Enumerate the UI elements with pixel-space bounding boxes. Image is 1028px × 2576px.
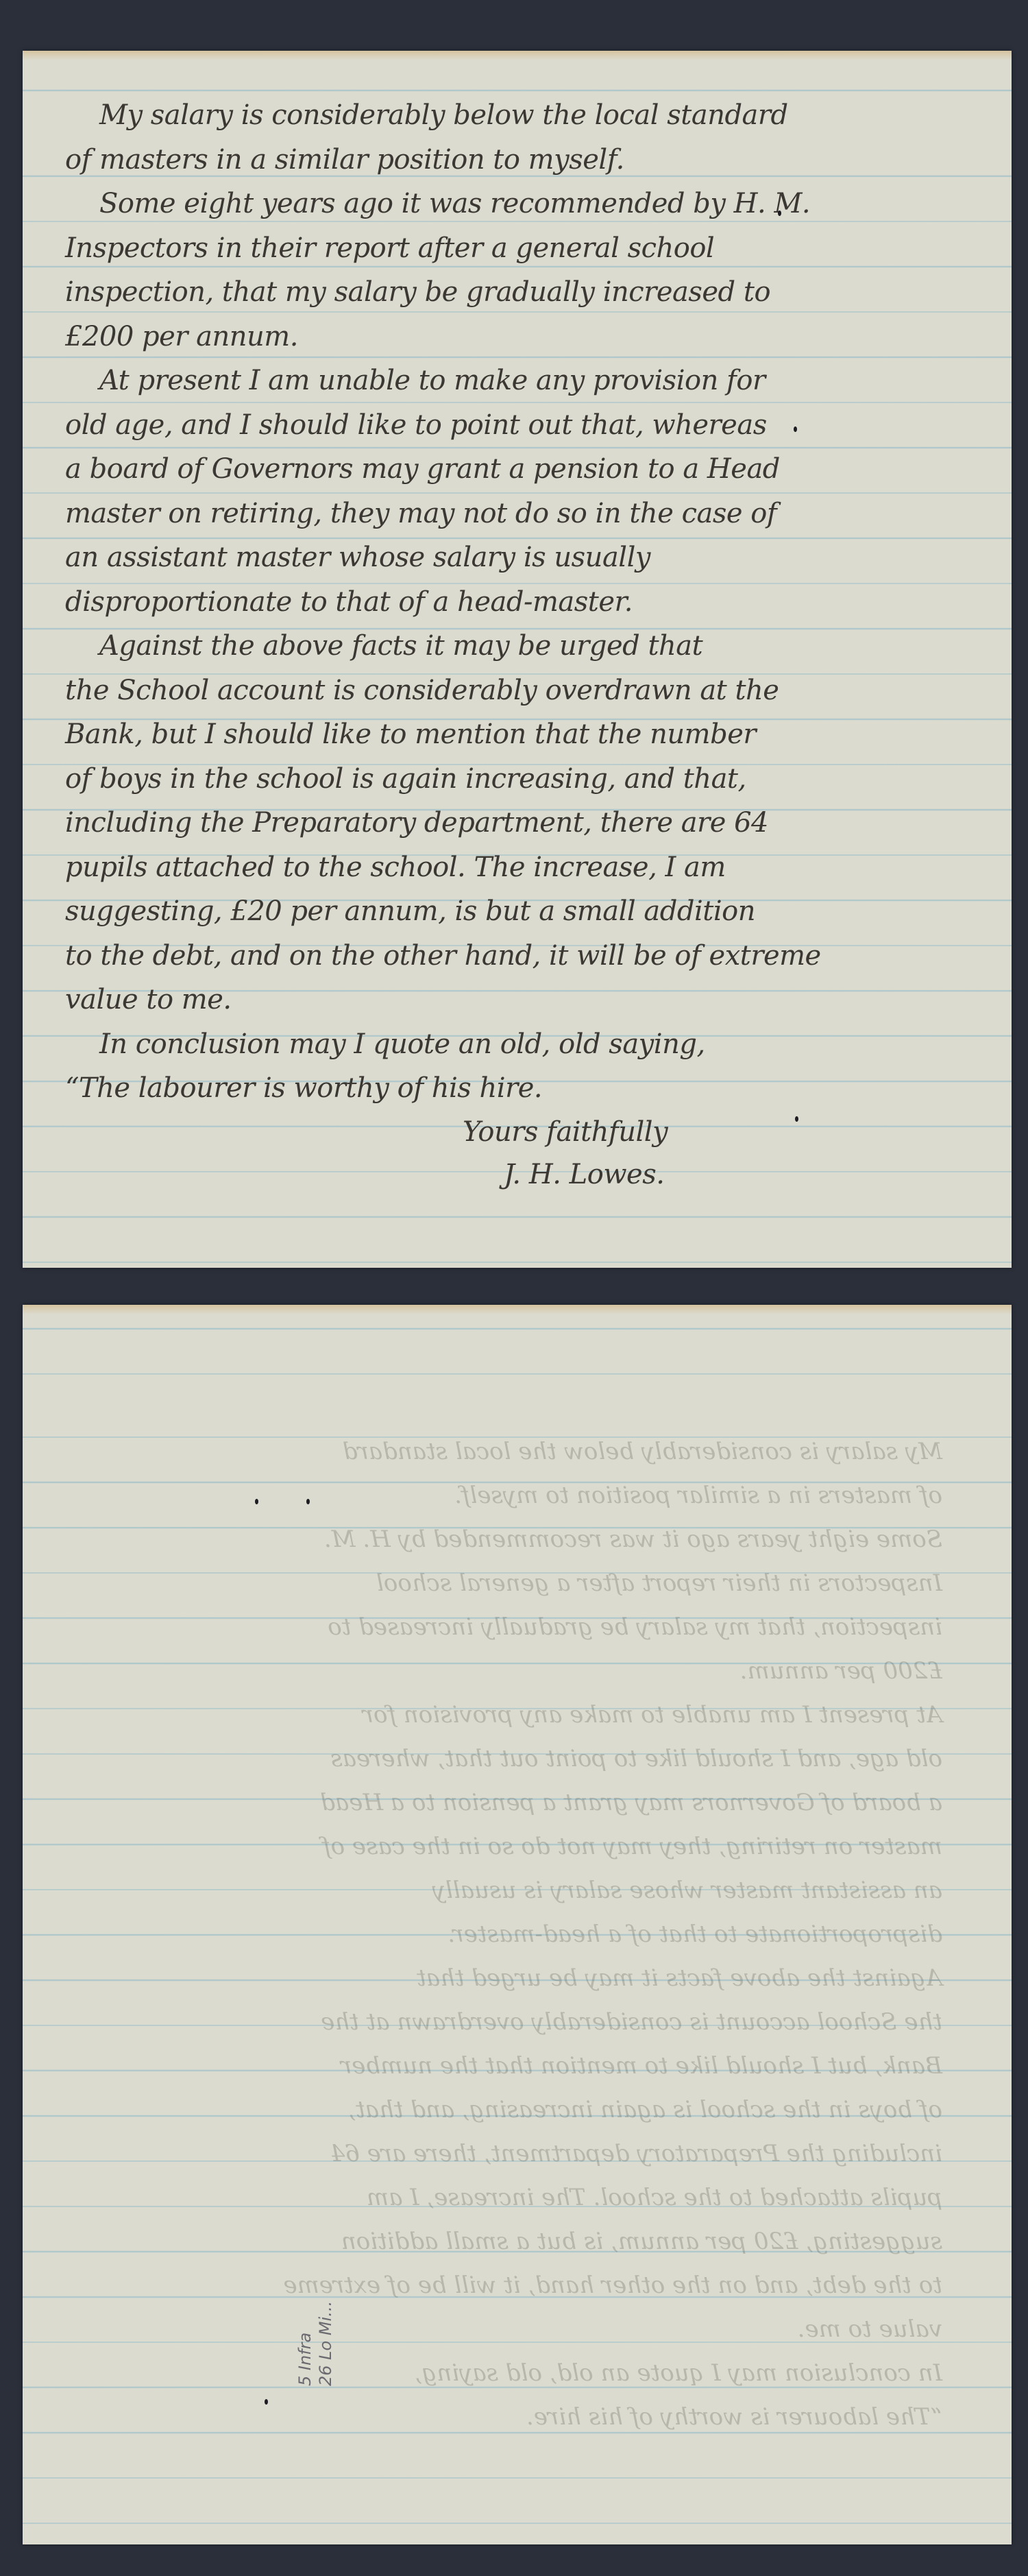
bleed-line: Some eight years ago it was recommended … [65,1517,942,1561]
signature: J. H. Lowes. [463,1153,983,1196]
letter-line: disproportionate to that of a head-maste… [65,580,983,625]
bleed-line: suggesting, £20 per annum, is but a smal… [65,2219,942,2263]
letter-line: old age, and I should like to point out … [65,403,983,448]
letter-line: In conclusion may I quote an old, old sa… [65,1022,983,1067]
bleed-line: Against the above facts it may be urged … [65,1956,942,2000]
letter-body: My salary is considerably below the loca… [65,93,983,1196]
bleed-line: of boys in the school is again increasin… [65,2088,942,2132]
letter-line: At present I am unable to make any provi… [65,359,983,403]
pencil-annotation-line: 26 Lo Mi... [315,2301,336,2386]
bleed-line: master on retiring, they may not do so i… [65,1825,942,1868]
bleed-line: Inspectors in their report after a gener… [65,1561,942,1605]
pin-hole [255,1499,258,1504]
letter-line: to the debt, and on the other hand, it w… [65,934,983,978]
letter-line: pupils attached to the school. The incre… [65,845,983,890]
bleed-line: In conclusion may I quote an old, old sa… [65,2351,942,2395]
letter-line: “The labourer is worthy of his hire. [65,1066,983,1111]
letter-line: Some eight years ago it was recommended … [65,182,983,226]
letter-line: of boys in the school is again increasin… [65,757,983,802]
closing: Yours faithfully [463,1111,983,1153]
bleed-line: of masters in a similar position to myse… [65,1473,942,1517]
letter-line: suggesting, £20 per annum, is but a smal… [65,889,983,934]
bleed-line: old age, and I should like to point out … [65,1737,942,1781]
pencil-annotation-line: 5 Infra [295,2301,315,2386]
bleed-line: value to me. [65,2307,942,2351]
pin-hole [778,210,781,216]
letter-line: My salary is considerably below the loca… [65,93,983,138]
bleed-line: £200 per annum. [65,1649,942,1693]
bleed-line: Bank, but I should like to mention that … [65,2044,942,2088]
letter-line: value to me. [65,978,983,1022]
bleed-line: the School account is considerably overd… [65,2000,942,2044]
pin-hole [794,426,797,432]
letter-line: a board of Governors may grant a pension… [65,447,983,492]
bleed-line: inspection, that my salary be gradually … [65,1605,942,1649]
pin-hole [795,1116,798,1122]
letter-line: Bank, but I should like to mention that … [65,712,983,757]
bleed-through-text: My salary is considerably below the loca… [65,1430,942,2439]
bleed-line: disproportionate to that of a head-maste… [65,1912,942,1956]
letter-line: inspection, that my salary be gradually … [65,270,983,315]
bleed-line: At present I am unable to make any provi… [65,1693,942,1737]
letter-line: Inspectors in their report after a gener… [65,226,983,271]
letter-line: Against the above facts it may be urged … [65,624,983,669]
letter-line: of masters in a similar position to myse… [65,138,983,182]
letter-line: including the Preparatory department, th… [65,801,983,845]
bleed-line: a board of Governors may grant a pension… [65,1781,942,1825]
bleed-line: My salary is considerably below the loca… [65,1430,942,1473]
bleed-line: “The labourer is worthy of his hire. [65,2395,942,2439]
bleed-line: including the Preparatory department, th… [65,2132,942,2176]
signature-block: Yours faithfully J. H. Lowes. [463,1111,983,1196]
bleed-line: pupils attached to the school. The incre… [65,2176,942,2219]
letter-line: master on retiring, they may not do so i… [65,492,983,536]
bleed-line: an assistant master whose salary is usua… [65,1868,942,1912]
pin-hole [306,1499,310,1504]
pencil-annotation: 5 Infra 26 Lo Mi... [295,2301,336,2386]
letter-line: an assistant master whose salary is usua… [65,535,983,580]
bleed-line: to the debt, and on the other hand, it w… [65,2263,942,2307]
letter-line: £200 per annum. [65,315,983,359]
letter-line: the School account is considerably overd… [65,669,983,713]
pin-hole [265,2399,268,2405]
